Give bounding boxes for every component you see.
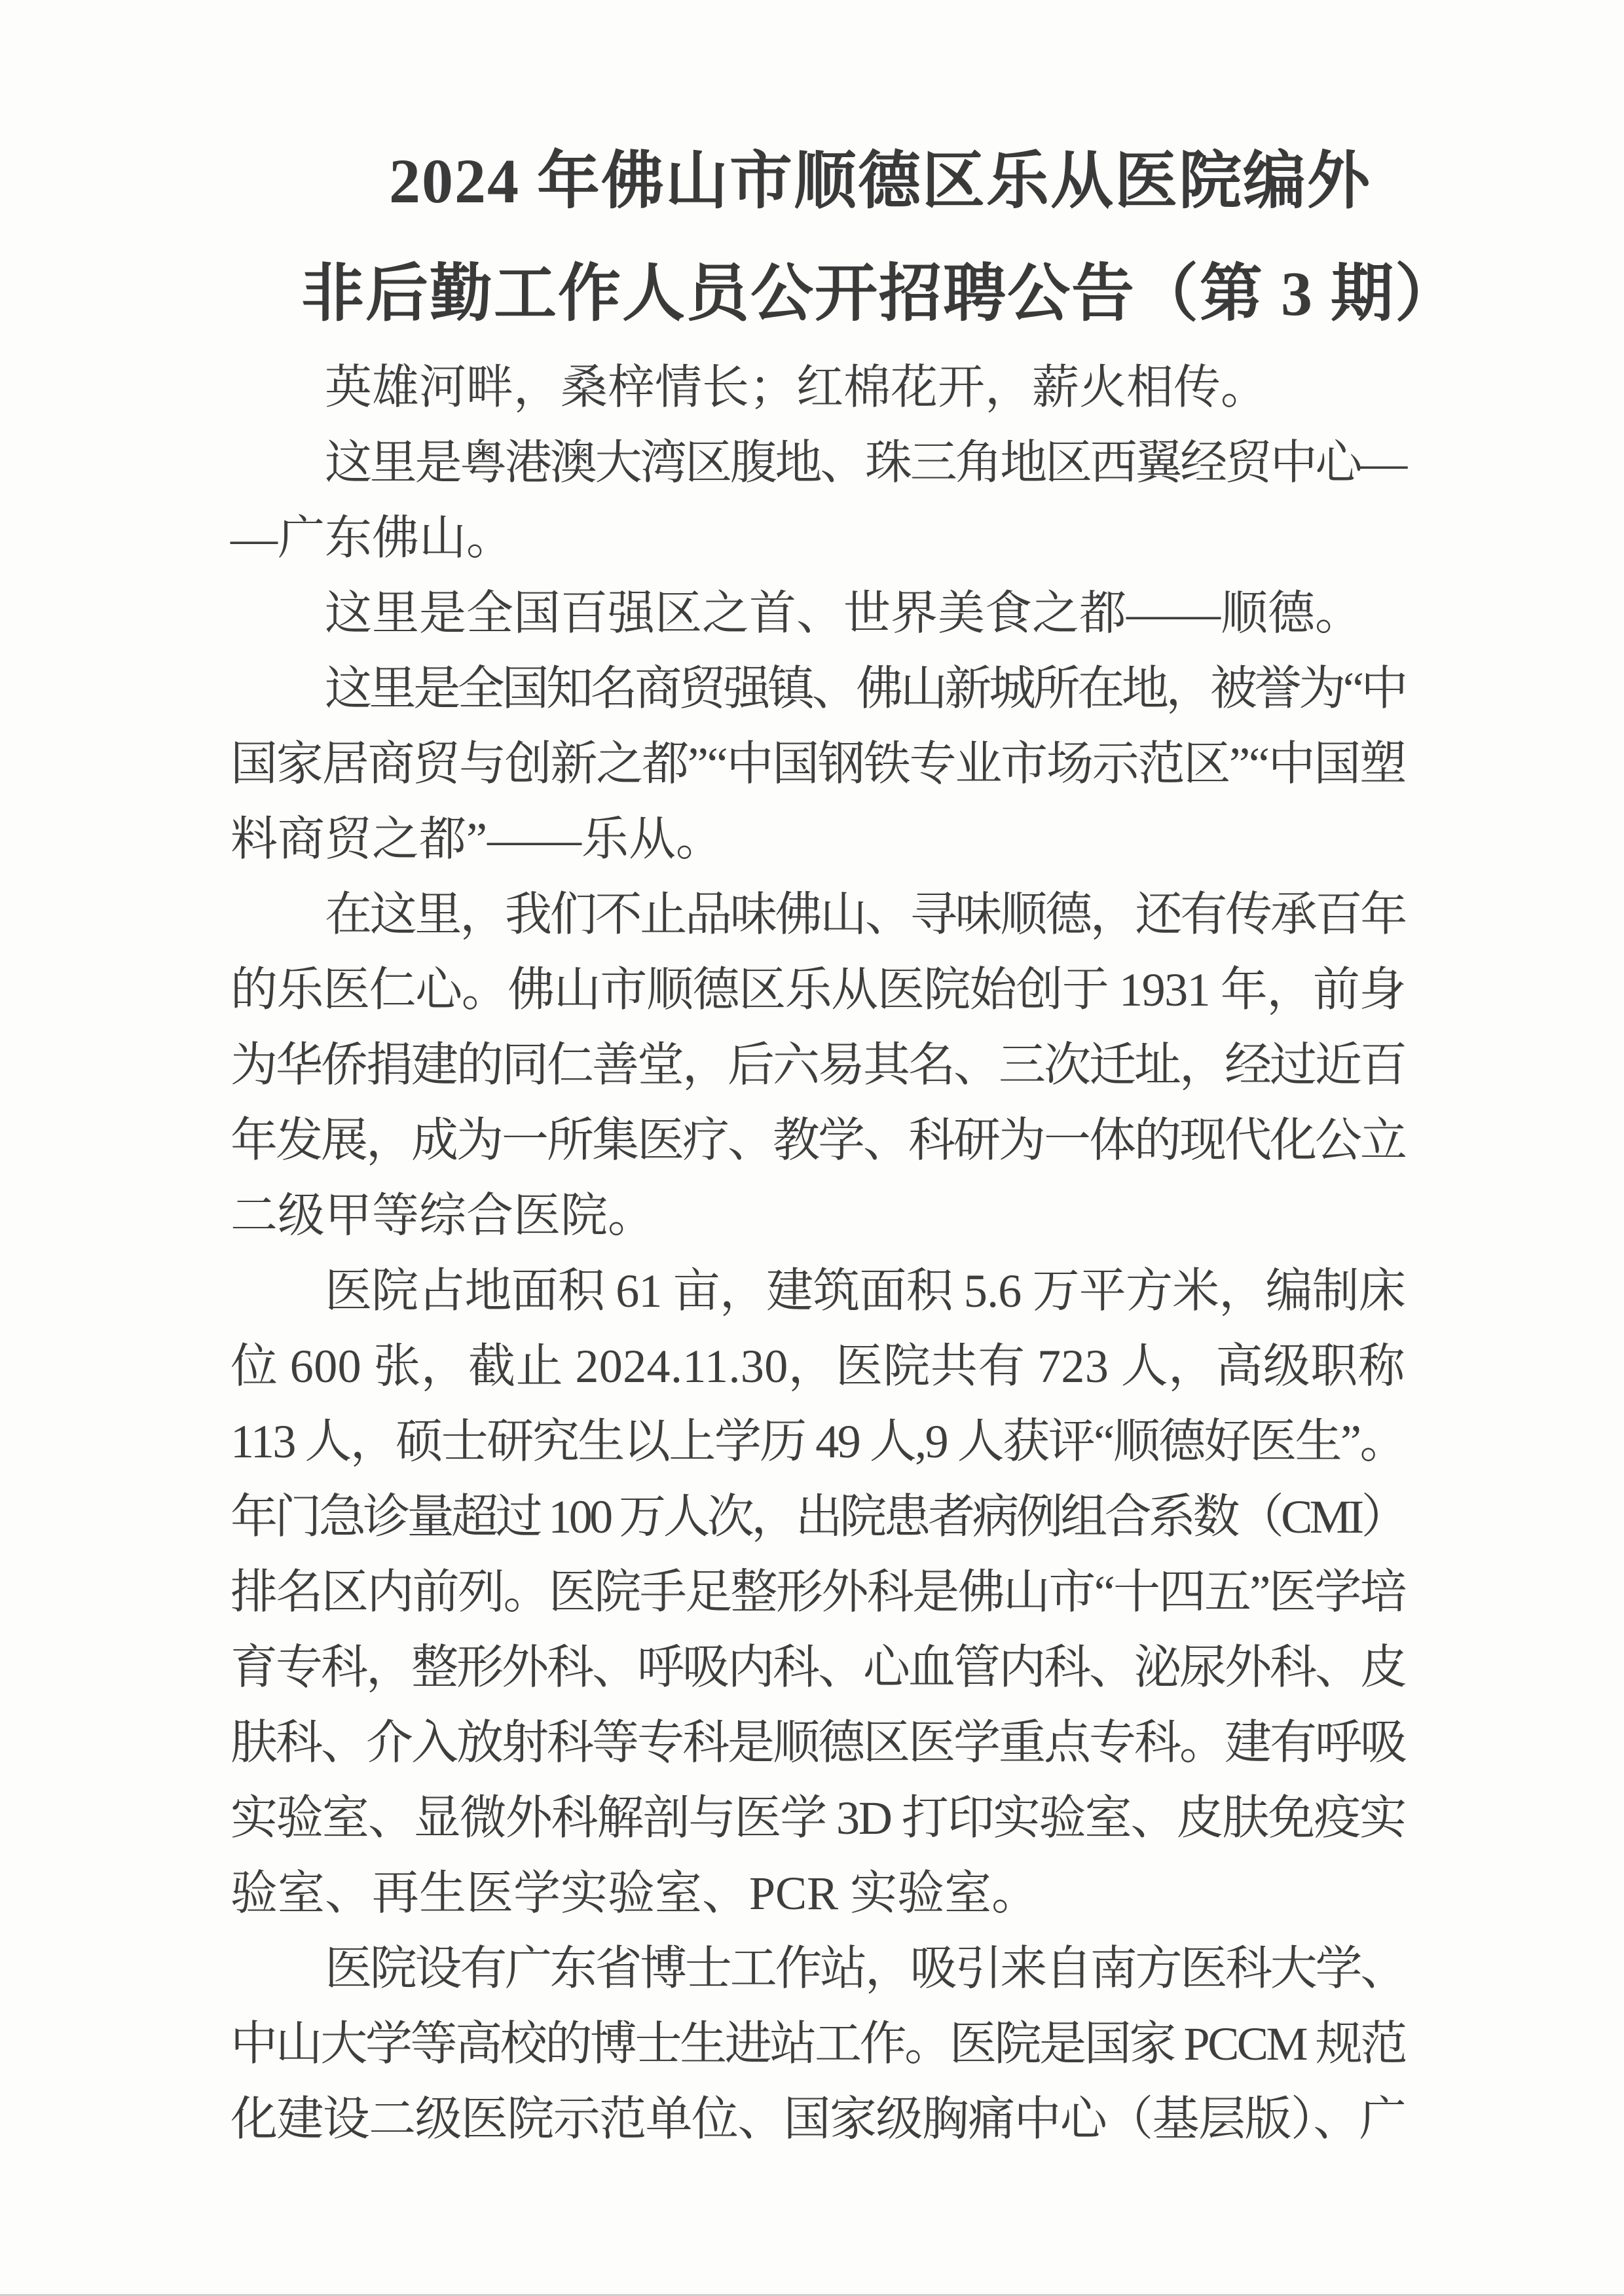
document-title: 2024 年佛山市顺德区乐从医院编外 非后勤工作人员公开招聘公告（第 3 期） (293, 125, 1467, 350)
body-line: 位 600 张，截止 2024.11.30，医院共有 723 人，高级职称 (231, 1329, 1405, 1404)
document-content: 2024 年佛山市顺德区乐从医院编外 非后勤工作人员公开招聘公告（第 3 期） … (231, 125, 1405, 2157)
title-line-2: 非后勤工作人员公开招聘公告（第 3 期） (293, 238, 1467, 350)
body-line: 国家居商贸与创新之都”“中国钢铁专业市场示范区”“中国塑 (231, 727, 1405, 802)
body-line: 这里是全国知名商贸强镇、佛山新城所在地，被誉为“中 (231, 651, 1405, 727)
document-body: 英雄河畔，桑梓情长；红棉花开，薪火相传。 这里是粤港澳大湾区腹地、珠三角地区西翼… (231, 350, 1405, 2157)
body-line: 英雄河畔，桑梓情长；红棉花开，薪火相传。 (231, 350, 1405, 426)
body-line: 肤科、介入放射科等专科是顺德区医学重点专科。建有呼吸 (231, 1705, 1405, 1781)
body-line: 化建设二级医院示范单位、国家级胸痛中心（基层版）、广 (231, 2082, 1405, 2157)
body-line: 料商贸之都”——乐从。 (231, 802, 1405, 877)
body-line: 的乐医仁心。佛山市顺德区乐从医院始创于 1931 年，前身 (231, 953, 1405, 1028)
body-line: 验室、再生医学实验室、PCR 实验室。 (231, 1856, 1405, 1931)
title-line-1: 2024 年佛山市顺德区乐从医院编外 (293, 125, 1467, 238)
body-line: 排名区内前列。医院手足整形外科是佛山市“十四五”医学培 (231, 1555, 1405, 1630)
body-line: 中山大学等高校的博士生进站工作。医院是国家 PCCM 规范 (231, 2007, 1405, 2082)
body-line: 这里是全国百强区之首、世界美食之都——顺德。 (231, 576, 1405, 651)
body-line: 育专科，整形外科、呼吸内科、心血管内科、泌尿外科、皮 (231, 1630, 1405, 1705)
body-line: 113 人，硕士研究生以上学历 49 人,9 人获评“顺德好医生”。 (231, 1404, 1405, 1480)
body-line: 这里是粤港澳大湾区腹地、珠三角地区西翼经贸中心— (231, 426, 1405, 501)
scanned-document-page: 2024 年佛山市顺德区乐从医院编外 非后勤工作人员公开招聘公告（第 3 期） … (0, 0, 1624, 2296)
body-line: 实验室、显微外科解剖与医学 3D 打印实验室、皮肤免疫实 (231, 1781, 1405, 1856)
body-line: 在这里，我们不止品味佛山、寻味顺德，还有传承百年 (231, 877, 1405, 953)
body-line: 二级甲等综合医院。 (231, 1178, 1405, 1254)
body-line: 医院占地面积 61 亩，建筑面积 5.6 万平方米，编制床 (231, 1254, 1405, 1329)
body-line: —广东佛山。 (231, 501, 1405, 576)
body-line: 为华侨捐建的同仁善堂，后六易其名、三次迁址，经过近百 (231, 1028, 1405, 1103)
body-line: 年门急诊量超过 100 万人次，出院患者病例组合系数（CMI） (231, 1480, 1405, 1555)
body-line: 医院设有广东省博士工作站，吸引来自南方医科大学、 (231, 1931, 1405, 2007)
body-line: 年发展，成为一所集医疗、教学、科研为一体的现代化公立 (231, 1103, 1405, 1178)
